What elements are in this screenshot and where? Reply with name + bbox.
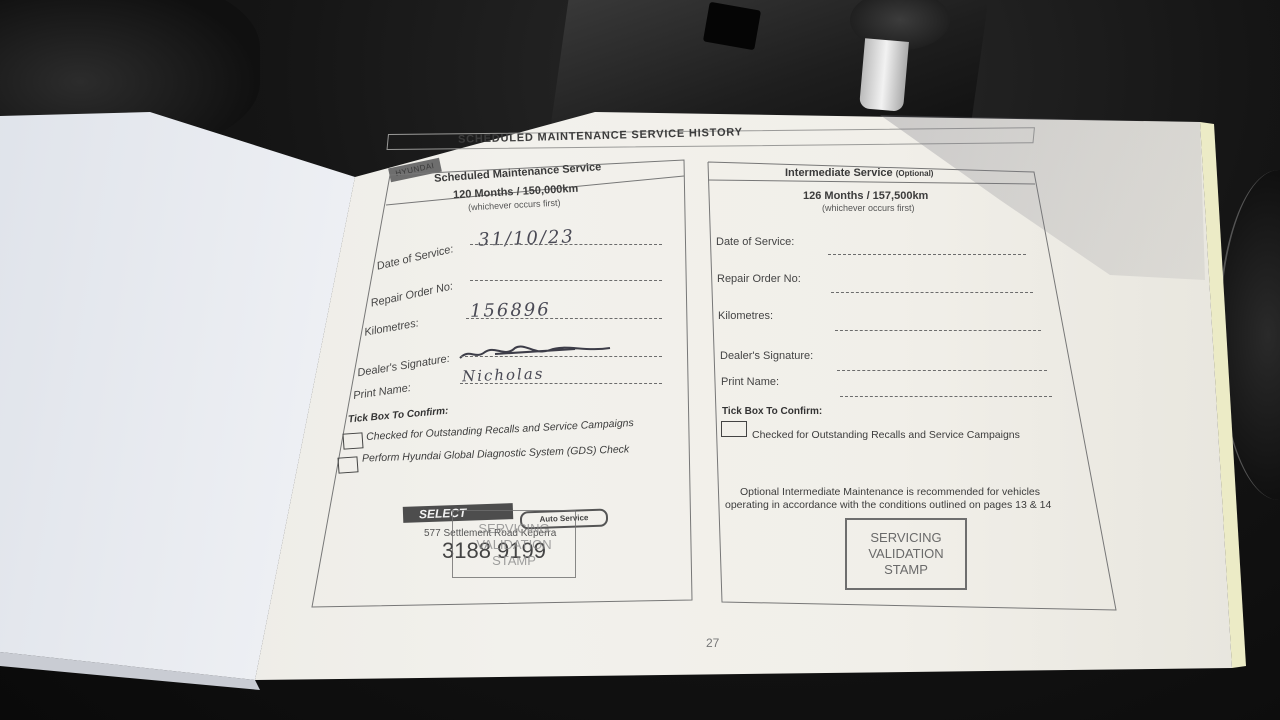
int-label-signature: Dealer's Signature: (720, 350, 813, 362)
int-repair-order-line[interactable] (831, 292, 1033, 293)
intermediate-note-line2: operating in accordance with the conditi… (725, 499, 1051, 511)
int-label-date: Date of Service: (716, 236, 794, 248)
stamp-line-2: VALIDATION (847, 546, 965, 562)
date-line (470, 244, 662, 245)
servicing-validation-stamp-right: SERVICING VALIDATION STAMP (845, 518, 967, 590)
int-tick-box-heading: Tick Box To Confirm: (722, 406, 822, 417)
checkbox-recalls[interactable] (342, 432, 363, 449)
int-label-kilometres: Kilometres: (718, 310, 773, 322)
stamp-line-3: STAMP (453, 553, 575, 569)
int-print-name-line[interactable] (840, 396, 1052, 397)
stamp-line-3: STAMP (847, 562, 965, 578)
print-name-line (460, 383, 662, 384)
int-label-repair-order: Repair Order No: (717, 273, 801, 285)
page-number: 27 (706, 636, 719, 650)
checkbox-gds[interactable] (337, 456, 358, 473)
signature-line (460, 356, 662, 357)
intermediate-interval: 126 Months / 157,500km (803, 190, 928, 202)
int-date-line[interactable] (828, 254, 1026, 255)
kilometres-line (466, 318, 662, 319)
stamp-line-2: VALIDATION (453, 537, 575, 553)
intermediate-service-title: Intermediate Service (Optional) (785, 167, 933, 179)
intermediate-interval-note: (whichever occurs first) (822, 203, 915, 213)
dealer-signature[interactable] (455, 340, 625, 364)
int-signature-line[interactable] (837, 370, 1047, 371)
int-checkbox-recalls[interactable] (721, 421, 747, 437)
int-check-label-recalls: Checked for Outstanding Recalls and Serv… (752, 429, 1020, 441)
int-kilometres-line[interactable] (835, 330, 1041, 331)
int-label-print-name: Print Name: (721, 376, 779, 388)
field-value-date[interactable]: 31/10/23 (478, 226, 576, 250)
intermediate-title-note: (Optional) (896, 169, 934, 178)
intermediate-title-text: Intermediate Service (785, 167, 893, 179)
stamp-line-1: SERVICING (453, 521, 575, 537)
servicing-validation-stamp-left: SERVICING VALIDATION STAMP (452, 510, 576, 578)
intermediate-note-line1: Optional Intermediate Maintenance is rec… (740, 486, 1040, 498)
stamp-line-1: SERVICING (847, 530, 965, 546)
repair-order-line[interactable] (470, 280, 662, 281)
